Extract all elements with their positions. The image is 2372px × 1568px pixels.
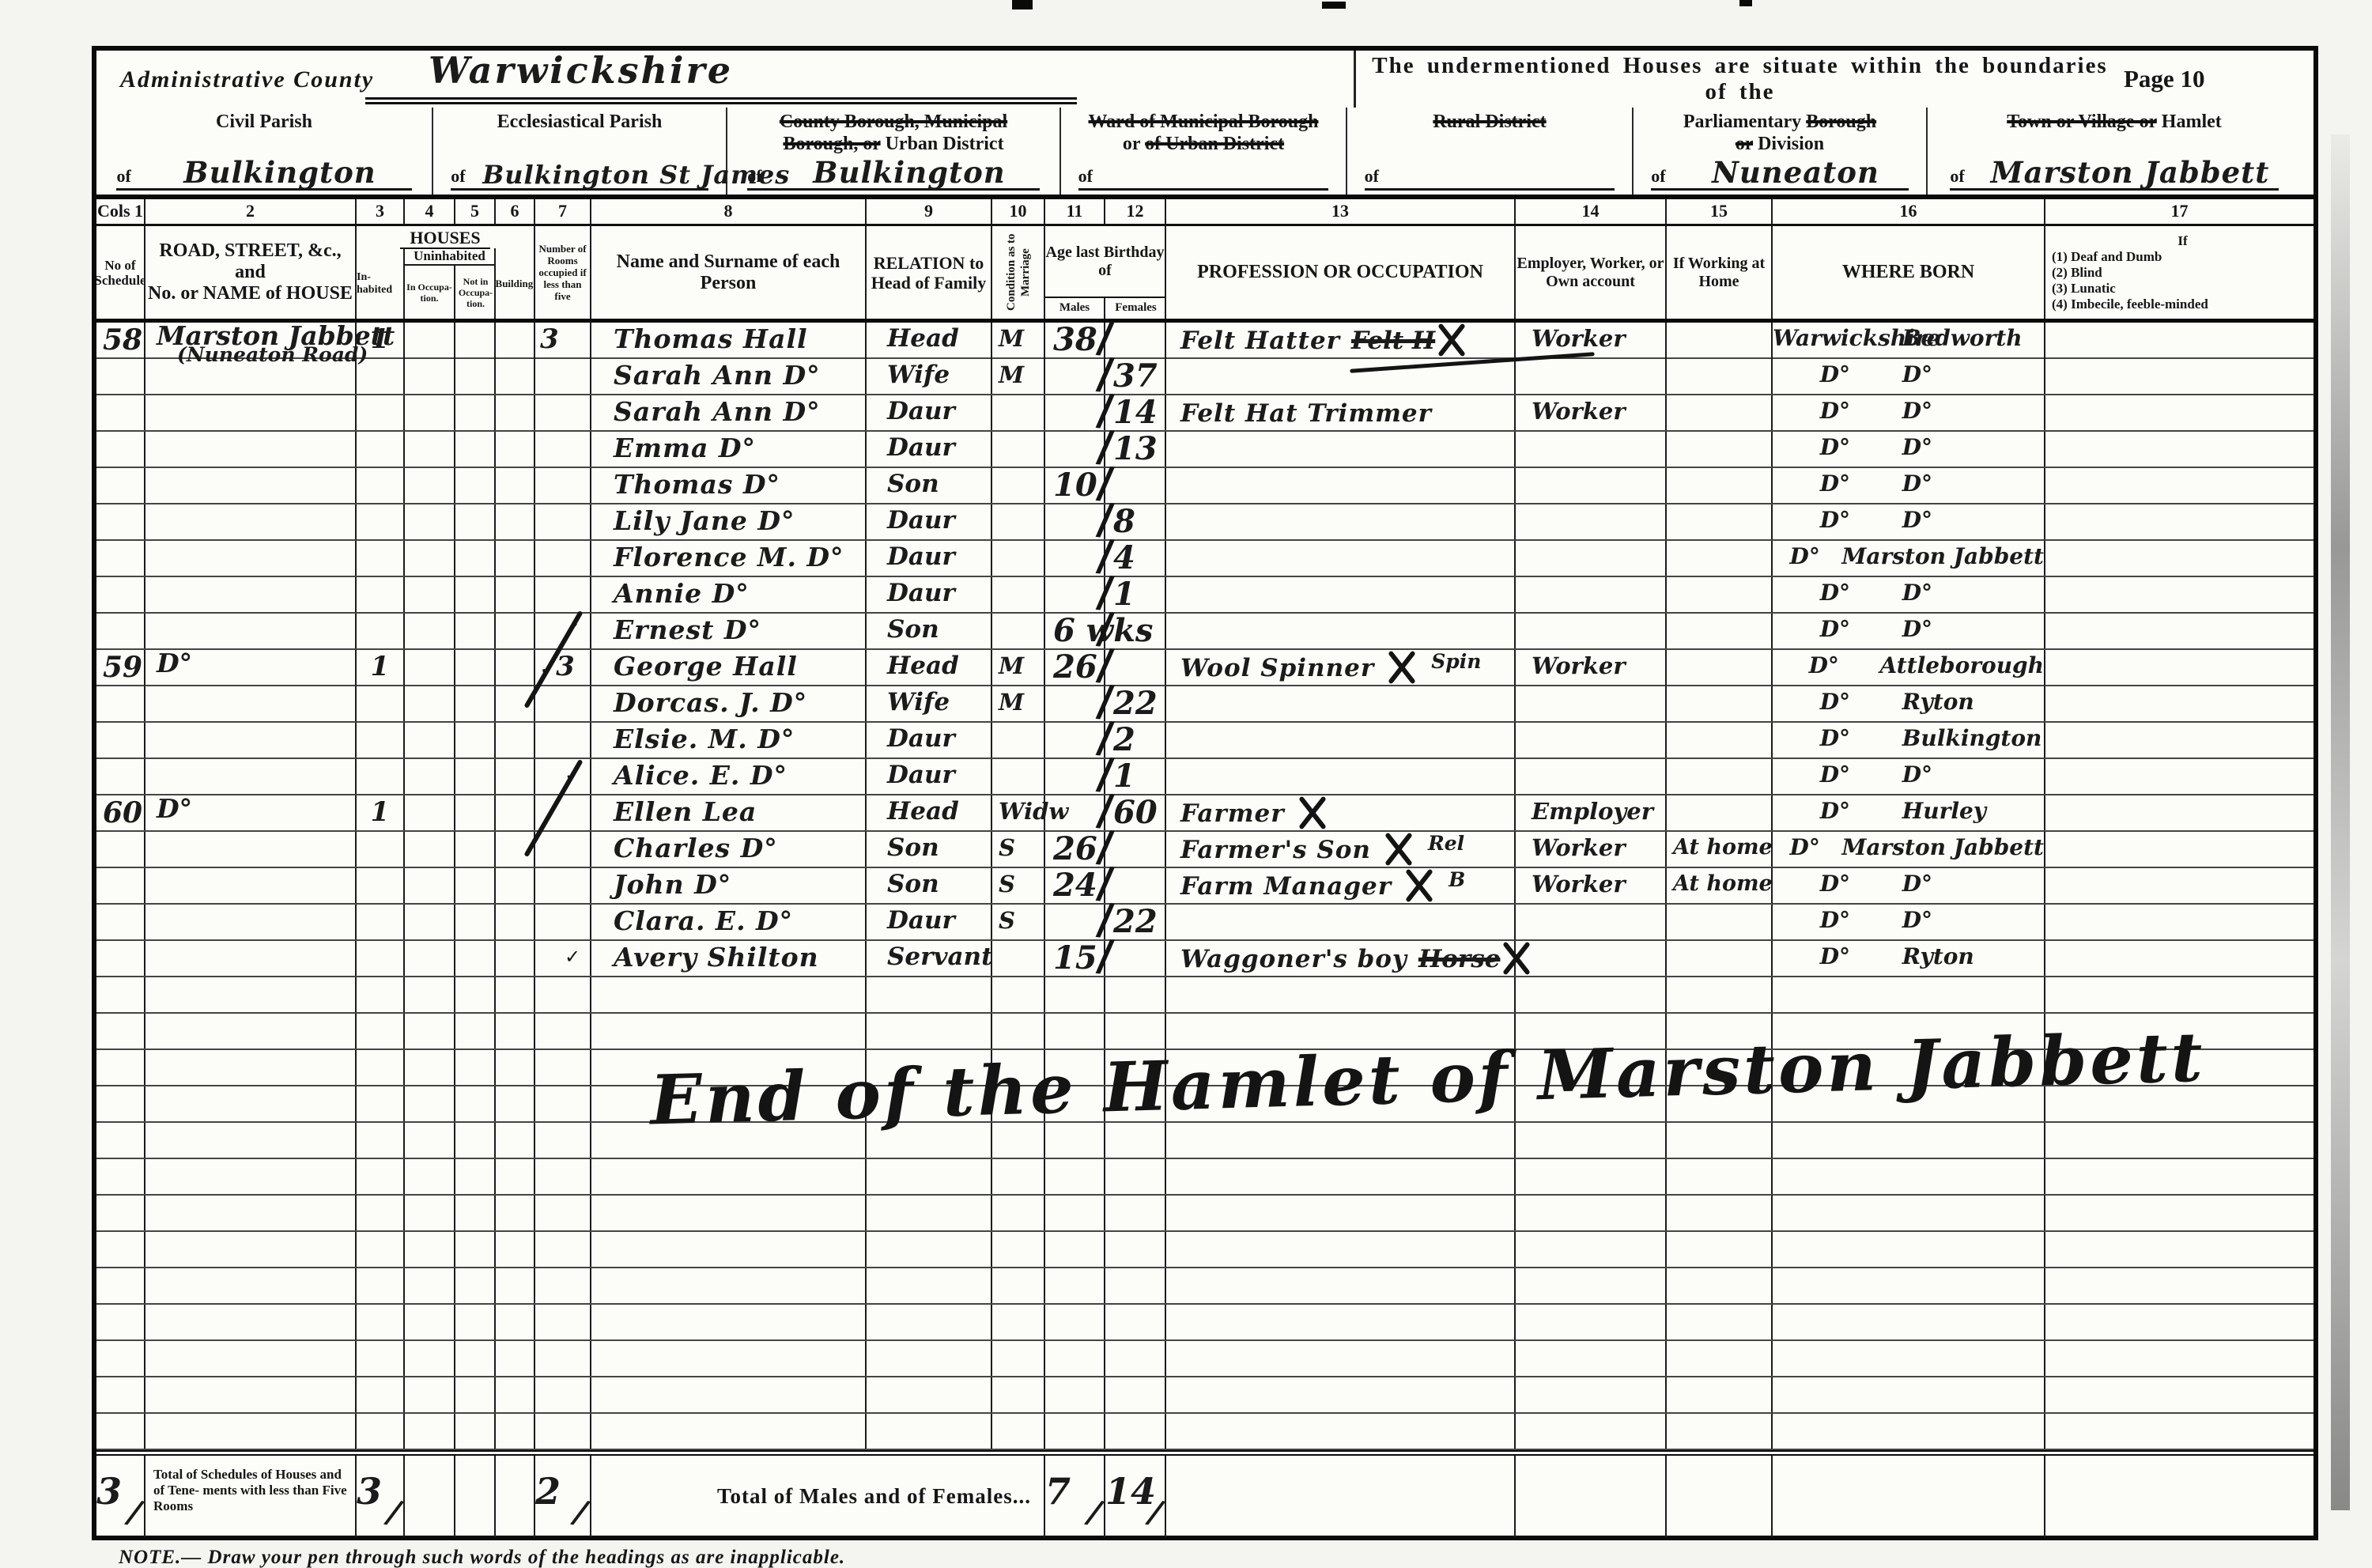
relation-value: [867, 1305, 992, 1339]
not-in-occupation-value: [455, 1086, 496, 1121]
where-born-cell: [1773, 977, 2045, 1012]
at-home-value: [1667, 1268, 1773, 1303]
infirmity-cell: [2045, 468, 2313, 503]
name-cell: ✓Alice. E. D°: [591, 759, 867, 794]
col-num: 5: [455, 199, 496, 224]
age-female-cell: [1105, 1159, 1166, 1194]
schedule-number: [96, 468, 145, 503]
at-home-value: [1667, 977, 1773, 1012]
infirmity-cell: [2045, 977, 2313, 1012]
ecclesiastical-parish-title: Ecclesiastical Parish: [433, 108, 726, 133]
infirmity-cell: [2045, 832, 2313, 867]
building-value: [496, 650, 535, 686]
table-row: [96, 1159, 2313, 1196]
person-name: Clara. E. D°: [591, 905, 793, 936]
inhabited-value: [357, 1014, 405, 1048]
rooms-value: 3: [556, 651, 575, 682]
at-home-value: [1667, 759, 1773, 794]
road-cell: [145, 759, 357, 794]
parliamentary-box: Parliamentary Borough or Division ofNune…: [1634, 108, 1928, 195]
employer-value: [1516, 1196, 1667, 1230]
schedule-number: 60: [96, 795, 145, 830]
condition-value: M: [992, 323, 1045, 364]
in-occupation-value: [405, 650, 455, 686]
infirmity-cell: [2045, 1123, 2313, 1158]
scan-tear: [1322, 2, 1346, 9]
person-name: Sarah Ann D°: [591, 396, 821, 427]
relation-value: Daur: [867, 759, 992, 794]
inhabited-value: [357, 468, 405, 503]
in-occupation-value: [405, 1159, 455, 1194]
born-place-value: [1898, 977, 2044, 1012]
relation-value: [867, 1341, 992, 1376]
building-value: [496, 1086, 535, 1121]
relation-value: Wife: [867, 359, 992, 394]
ecclesiastical-parish-box: Ecclesiastical Parish ofBulkington St Ja…: [433, 108, 727, 195]
county-underline: [365, 97, 1077, 104]
occupation-note: Rel: [1428, 832, 1464, 855]
rooms-cell: [535, 832, 591, 867]
age-female-value: 2: [1113, 721, 1135, 758]
inhabited-value: [357, 832, 405, 867]
road-cell: [145, 504, 357, 539]
condition-value: [992, 1341, 1045, 1376]
where-born-cell: D°D°: [1773, 577, 2045, 612]
col-num: 14: [1516, 199, 1667, 224]
age-male-value: [1045, 1305, 1105, 1339]
empty-cell: [455, 1456, 496, 1537]
occupation-value: Felt Hatter: [1180, 327, 1340, 355]
schedule-number: [96, 686, 145, 721]
pen-x-mark: [1381, 651, 1423, 682]
administrative-county-box: Administrative County Warwickshire: [96, 51, 1356, 108]
empty-cell: [1667, 1456, 1773, 1537]
relation-value: [867, 1159, 992, 1194]
header-age-group: Age last Birthday of Males Females: [1045, 226, 1166, 319]
in-occupation-value: [405, 759, 455, 794]
schedule-number: [96, 432, 145, 467]
condition-value: Widw: [992, 795, 1045, 830]
at-home-value: [1667, 650, 1773, 686]
inhabited-value: [357, 1268, 405, 1303]
table-row: [96, 1123, 2313, 1159]
person-name: Thomas D°: [591, 469, 780, 500]
age-female-value: 1: [1113, 576, 1135, 613]
road-cell: [145, 395, 357, 430]
person-name: [591, 1378, 614, 1409]
at-home-value: [1667, 1341, 1773, 1376]
col-num: 7: [535, 199, 591, 224]
at-home-value: [1667, 323, 1773, 364]
table-row: Annie D° Daur 1∕ D°D°: [96, 577, 2313, 614]
inhabited-value: [357, 759, 405, 794]
header-working-at-home: If Working at Home: [1667, 226, 1773, 319]
division-value: Nuneaton: [1683, 155, 1909, 190]
building-value: [496, 541, 535, 576]
of-label: of: [1950, 166, 1964, 187]
county-borough-struck: County Borough, Municipal: [780, 111, 1007, 132]
situate-text: The undermentioned Houses are situate wi…: [1356, 53, 2124, 105]
infirmity-cell: [2045, 868, 2313, 903]
road-cell: [145, 905, 357, 939]
not-in-occupation-value: [455, 941, 496, 976]
schedule-number: [96, 1196, 145, 1230]
hamlet-value: Marston Jabbett: [1981, 155, 2278, 190]
town-village-struck: Town or Village or: [2007, 111, 2157, 132]
born-county-value: D°: [1773, 577, 1898, 612]
at-home-value: [1667, 577, 1773, 612]
where-born-cell: D°D°: [1773, 614, 2045, 648]
employer-value: Worker: [1516, 832, 1667, 867]
building-value: [496, 905, 535, 939]
schedule-number: [96, 1377, 145, 1412]
where-born-cell: [1773, 1196, 2045, 1230]
employer-value: Worker: [1516, 395, 1667, 430]
in-occupation-value: [405, 977, 455, 1012]
person-name: [591, 1196, 614, 1227]
infirmity-cell: [2045, 1377, 2313, 1412]
schedule-number: [96, 1086, 145, 1121]
relation-value: [867, 977, 992, 1012]
rooms-cell: [535, 1232, 591, 1267]
admin-county-value: Warwickshire: [429, 49, 733, 92]
header-road-line1: ROAD, STREET, &c., and: [145, 240, 355, 283]
where-born-cell: [1773, 1377, 2045, 1412]
schedule-number: [96, 1268, 145, 1303]
rooms-cell: [535, 686, 591, 721]
person-name: Annie D°: [591, 578, 750, 609]
name-cell: Florence M. D°: [591, 541, 867, 576]
not-in-occupation-value: [455, 1377, 496, 1412]
pen-x-mark: [1430, 323, 1473, 355]
road-cell: [145, 1341, 357, 1376]
parliamentary-kept: Parliamentary: [1683, 111, 1801, 132]
name-cell: Lily Jane D°: [591, 504, 867, 539]
schedule-number: [96, 905, 145, 939]
at-home-value: [1667, 1159, 1773, 1194]
not-in-occupation-value: [455, 1159, 496, 1194]
pen-check: ✓: [565, 946, 580, 969]
age-female-cell: [1105, 1196, 1166, 1230]
road-cell: [145, 468, 357, 503]
age-female-value: 37: [1113, 357, 1158, 395]
header-employer: Employer, Worker, or Own account: [1516, 226, 1667, 319]
rooms-cell: [535, 1305, 591, 1339]
at-home-value: [1667, 468, 1773, 503]
person-name: John D°: [591, 869, 731, 900]
person-name: Thomas Hall: [591, 323, 808, 354]
not-in-occupation-value: [455, 832, 496, 867]
person-name: [591, 1233, 614, 1264]
person-name: [591, 1342, 614, 1373]
born-county-value: [1773, 1196, 1898, 1230]
infirmity-cell: [2045, 1305, 2313, 1339]
infirmity-cell: [2045, 759, 2313, 794]
building-value: [496, 432, 535, 467]
of-label: of: [747, 166, 761, 187]
not-in-occupation-value: [455, 795, 496, 830]
header-infirmity-if: If: [2052, 233, 2313, 249]
header-inhabited: In-habited: [357, 248, 405, 319]
inhabited-value: [357, 614, 405, 648]
occupation-cell: [1166, 759, 1516, 794]
occupation-value: Felt Hat Trimmer: [1180, 399, 1432, 428]
born-place-value: Bulkington: [1898, 723, 2044, 758]
road-cell: [145, 614, 357, 648]
building-value: [496, 468, 535, 503]
building-value: [496, 868, 535, 903]
in-occupation-value: [405, 1232, 455, 1267]
header-building: Building.: [496, 248, 535, 319]
not-in-occupation-value: [455, 650, 496, 686]
road-cell: [145, 686, 357, 721]
road-cell: [145, 1014, 357, 1048]
born-county-value: D°: [1773, 686, 1898, 721]
schedule-number: [96, 868, 145, 903]
name-cell: George Hall: [591, 650, 867, 686]
employer-value: [1516, 1414, 1667, 1449]
schedule-number: [96, 1014, 145, 1048]
building-value: [496, 504, 535, 539]
born-place-value: [1898, 1377, 2044, 1412]
name-cell: Ellen Lea: [591, 795, 867, 830]
schedule-number: [96, 577, 145, 612]
total-rooms-value: 2: [535, 1470, 561, 1513]
inhabited-value: 1: [357, 650, 405, 686]
at-home-value: [1667, 1196, 1773, 1230]
condition-value: S: [992, 868, 1045, 903]
table-row: [96, 977, 2313, 1014]
in-occupation-value: [405, 1377, 455, 1412]
occupation-value: Farm Manager: [1180, 872, 1392, 901]
infirmity-cell: [2045, 686, 2313, 721]
employer-value: [1516, 432, 1667, 467]
not-in-occupation-value: [455, 359, 496, 394]
rooms-cell: [535, 504, 591, 539]
person-name: Ellen Lea: [591, 796, 757, 827]
in-occupation-value: [405, 1086, 455, 1121]
person-name: [591, 1305, 614, 1336]
road-cell: [145, 1305, 357, 1339]
rooms-cell: [535, 941, 591, 976]
inhabited-value: [357, 541, 405, 576]
not-in-occupation-value: [455, 614, 496, 648]
born-county-value: [1773, 1232, 1898, 1267]
in-occupation-value: [405, 686, 455, 721]
name-cell: [591, 1414, 867, 1449]
person-name: [591, 1415, 614, 1445]
rooms-cell: [535, 1050, 591, 1085]
condition-value: [992, 504, 1045, 539]
where-born-cell: D°Attleborough: [1773, 650, 2045, 686]
employer-value: [1516, 468, 1667, 503]
condition-value: S: [992, 832, 1045, 867]
born-county-value: D°: [1773, 432, 1898, 467]
relation-value: Head: [867, 323, 992, 364]
total-males-cell: 7∕: [1045, 1456, 1105, 1537]
employer-value: [1516, 941, 1667, 976]
condition-value: [992, 1305, 1045, 1339]
road-cell: [145, 541, 357, 576]
total-males-value: 7: [1045, 1470, 1071, 1513]
employer-value: [1516, 1305, 1667, 1339]
condition-value: [992, 1232, 1045, 1267]
employer-value: Employer: [1516, 795, 1667, 830]
relation-value: Daur: [867, 541, 992, 576]
schedule-number: 58: [96, 323, 145, 364]
employer-value: [1516, 1123, 1667, 1158]
where-born-cell: D°D°: [1773, 359, 2045, 394]
table-row: [96, 1377, 2313, 1414]
road-cell: [145, 1196, 357, 1230]
person-name: [591, 1014, 614, 1045]
born-county-value: D°: [1773, 359, 1898, 394]
building-value: [496, 577, 535, 612]
empty-cell: [405, 1456, 455, 1537]
name-cell: ✓Avery Shilton: [591, 941, 867, 976]
col-num: 11: [1045, 199, 1105, 224]
of-label: of: [1651, 166, 1665, 187]
relation-value: [867, 1268, 992, 1303]
schedule-number: [96, 1123, 145, 1158]
infirmity-cell: [2045, 650, 2313, 686]
person-name: [591, 978, 614, 1009]
not-in-occupation-value: [455, 1305, 496, 1339]
building-value: [496, 1341, 535, 1376]
empty-cell: [1516, 1456, 1667, 1537]
scan-tear: [1012, 0, 1033, 9]
occupation-cell: Felt HatterFelt H: [1166, 323, 1516, 364]
name-cell: [591, 1232, 867, 1267]
employer-value: [1516, 1232, 1667, 1267]
relation-value: Head: [867, 795, 992, 830]
born-county-value: D°: [1773, 905, 1898, 939]
occupation-cell: [1166, 977, 1516, 1012]
born-county-value: [1773, 1305, 1898, 1339]
table-row: 60 D° 1 Ellen Lea Head Widw 60∕ Farmer E…: [96, 795, 2313, 832]
condition-value: [992, 1014, 1045, 1048]
building-value: [496, 1014, 535, 1048]
not-in-occupation-value: [455, 577, 496, 612]
footer-note: NOTE.— Draw your pen through such words …: [119, 1547, 845, 1568]
building-value: [496, 1377, 535, 1412]
at-home-value: [1667, 1414, 1773, 1449]
infirmity-cell: [2045, 905, 2313, 939]
born-county-value: D°: [1773, 832, 1837, 867]
name-cell: Thomas Hall: [591, 323, 867, 364]
condition-value: [992, 614, 1045, 648]
condition-value: [992, 577, 1045, 612]
building-value: [496, 1414, 535, 1449]
not-in-occupation-value: [455, 759, 496, 794]
born-place-value: [1898, 1305, 2044, 1339]
table-row: Elsie. M. D° Daur 2∕ D°Bulkington: [96, 723, 2313, 759]
age-male-value: [1045, 1159, 1105, 1194]
table-row: 58 Marston Jabbett (Nuneaton Road) 1 3 T…: [96, 323, 2313, 359]
age-female-value: 14: [1113, 394, 1158, 431]
born-county-value: D°: [1773, 795, 1898, 830]
pen-x-mark: [1398, 869, 1441, 901]
building-value: [496, 1305, 535, 1339]
where-born-cell: [1773, 1268, 2045, 1303]
relation-value: [867, 1196, 992, 1230]
header-name: Name and Surname of each Person: [591, 226, 867, 319]
total-schedules-cell: 3∕: [96, 1456, 145, 1537]
occupation-value: Farmer's Son: [1180, 836, 1371, 864]
born-county-value: Warwickshire: [1773, 323, 1898, 364]
employer-value: [1516, 504, 1667, 539]
inhabited-value: [357, 395, 405, 430]
relation-value: Daur: [867, 577, 992, 612]
civil-parish-value: Bulkington: [148, 155, 411, 190]
occupation-struck: Horse: [1418, 945, 1500, 973]
condition-value: [992, 432, 1045, 467]
building-value: [496, 1123, 535, 1158]
infirmity-cell: [2045, 359, 2313, 394]
employer-value: [1516, 541, 1667, 576]
age-female-value: 4: [1113, 539, 1135, 576]
in-occupation-value: [405, 1268, 455, 1303]
age-female-cell: [1105, 1305, 1166, 1339]
person-name: Charles D°: [591, 833, 778, 863]
header-not-in-occupation: Not in Occupa-tion.: [455, 266, 496, 319]
inhabited-value: [357, 577, 405, 612]
condition-value: [992, 941, 1045, 976]
in-occupation-value: [405, 323, 455, 364]
condition-value: [992, 723, 1045, 758]
rooms-cell: [535, 395, 591, 430]
pen-x-mark: [1377, 833, 1420, 864]
inhabited-value: [357, 723, 405, 758]
not-in-occupation-value: [455, 868, 496, 903]
infirmity-cell: [2045, 723, 2313, 758]
col-num: 9: [867, 199, 992, 224]
born-county-value: [1773, 1377, 1898, 1412]
pen-x-mark: [1291, 796, 1334, 828]
employer-value: [1516, 977, 1667, 1012]
born-place-value: D°: [1898, 468, 2044, 503]
road-cell: [145, 832, 357, 867]
person-name: [591, 1269, 614, 1300]
top-band: Administrative County Warwickshire The u…: [96, 51, 2313, 108]
name-cell: [591, 1268, 867, 1303]
in-occupation-value: [405, 468, 455, 503]
header-houses-group: HOUSES In-habited Uninhabited In Occupa-…: [357, 226, 535, 319]
schedule-number: [96, 1159, 145, 1194]
age-male-value: [1045, 1232, 1105, 1267]
empty-cell: [1773, 1456, 2045, 1537]
where-born-cell: D°D°: [1773, 905, 2045, 939]
relation-value: [867, 1414, 992, 1449]
where-born-cell: D°D°: [1773, 759, 2045, 794]
schedule-number: [96, 1050, 145, 1085]
occupation-cell: [1166, 504, 1516, 539]
rural-district-struck: Rural District: [1433, 111, 1546, 132]
occupation-cell: [1166, 541, 1516, 576]
born-place-value: Hurley: [1898, 795, 2044, 830]
in-occupation-value: [405, 832, 455, 867]
where-born-cell: D°Ryton: [1773, 686, 2045, 721]
header-in-occupation: In Occupa-tion.: [405, 266, 455, 319]
age-female-cell: [1105, 1377, 1166, 1412]
employer-value: Worker: [1516, 650, 1667, 686]
not-in-occupation-value: [455, 905, 496, 939]
where-born-cell: D°D°: [1773, 468, 2045, 503]
born-place-value: D°: [1898, 614, 2044, 648]
schedule-number: 59: [96, 650, 145, 686]
employer-value: [1516, 905, 1667, 939]
of-label: of: [1078, 166, 1093, 187]
